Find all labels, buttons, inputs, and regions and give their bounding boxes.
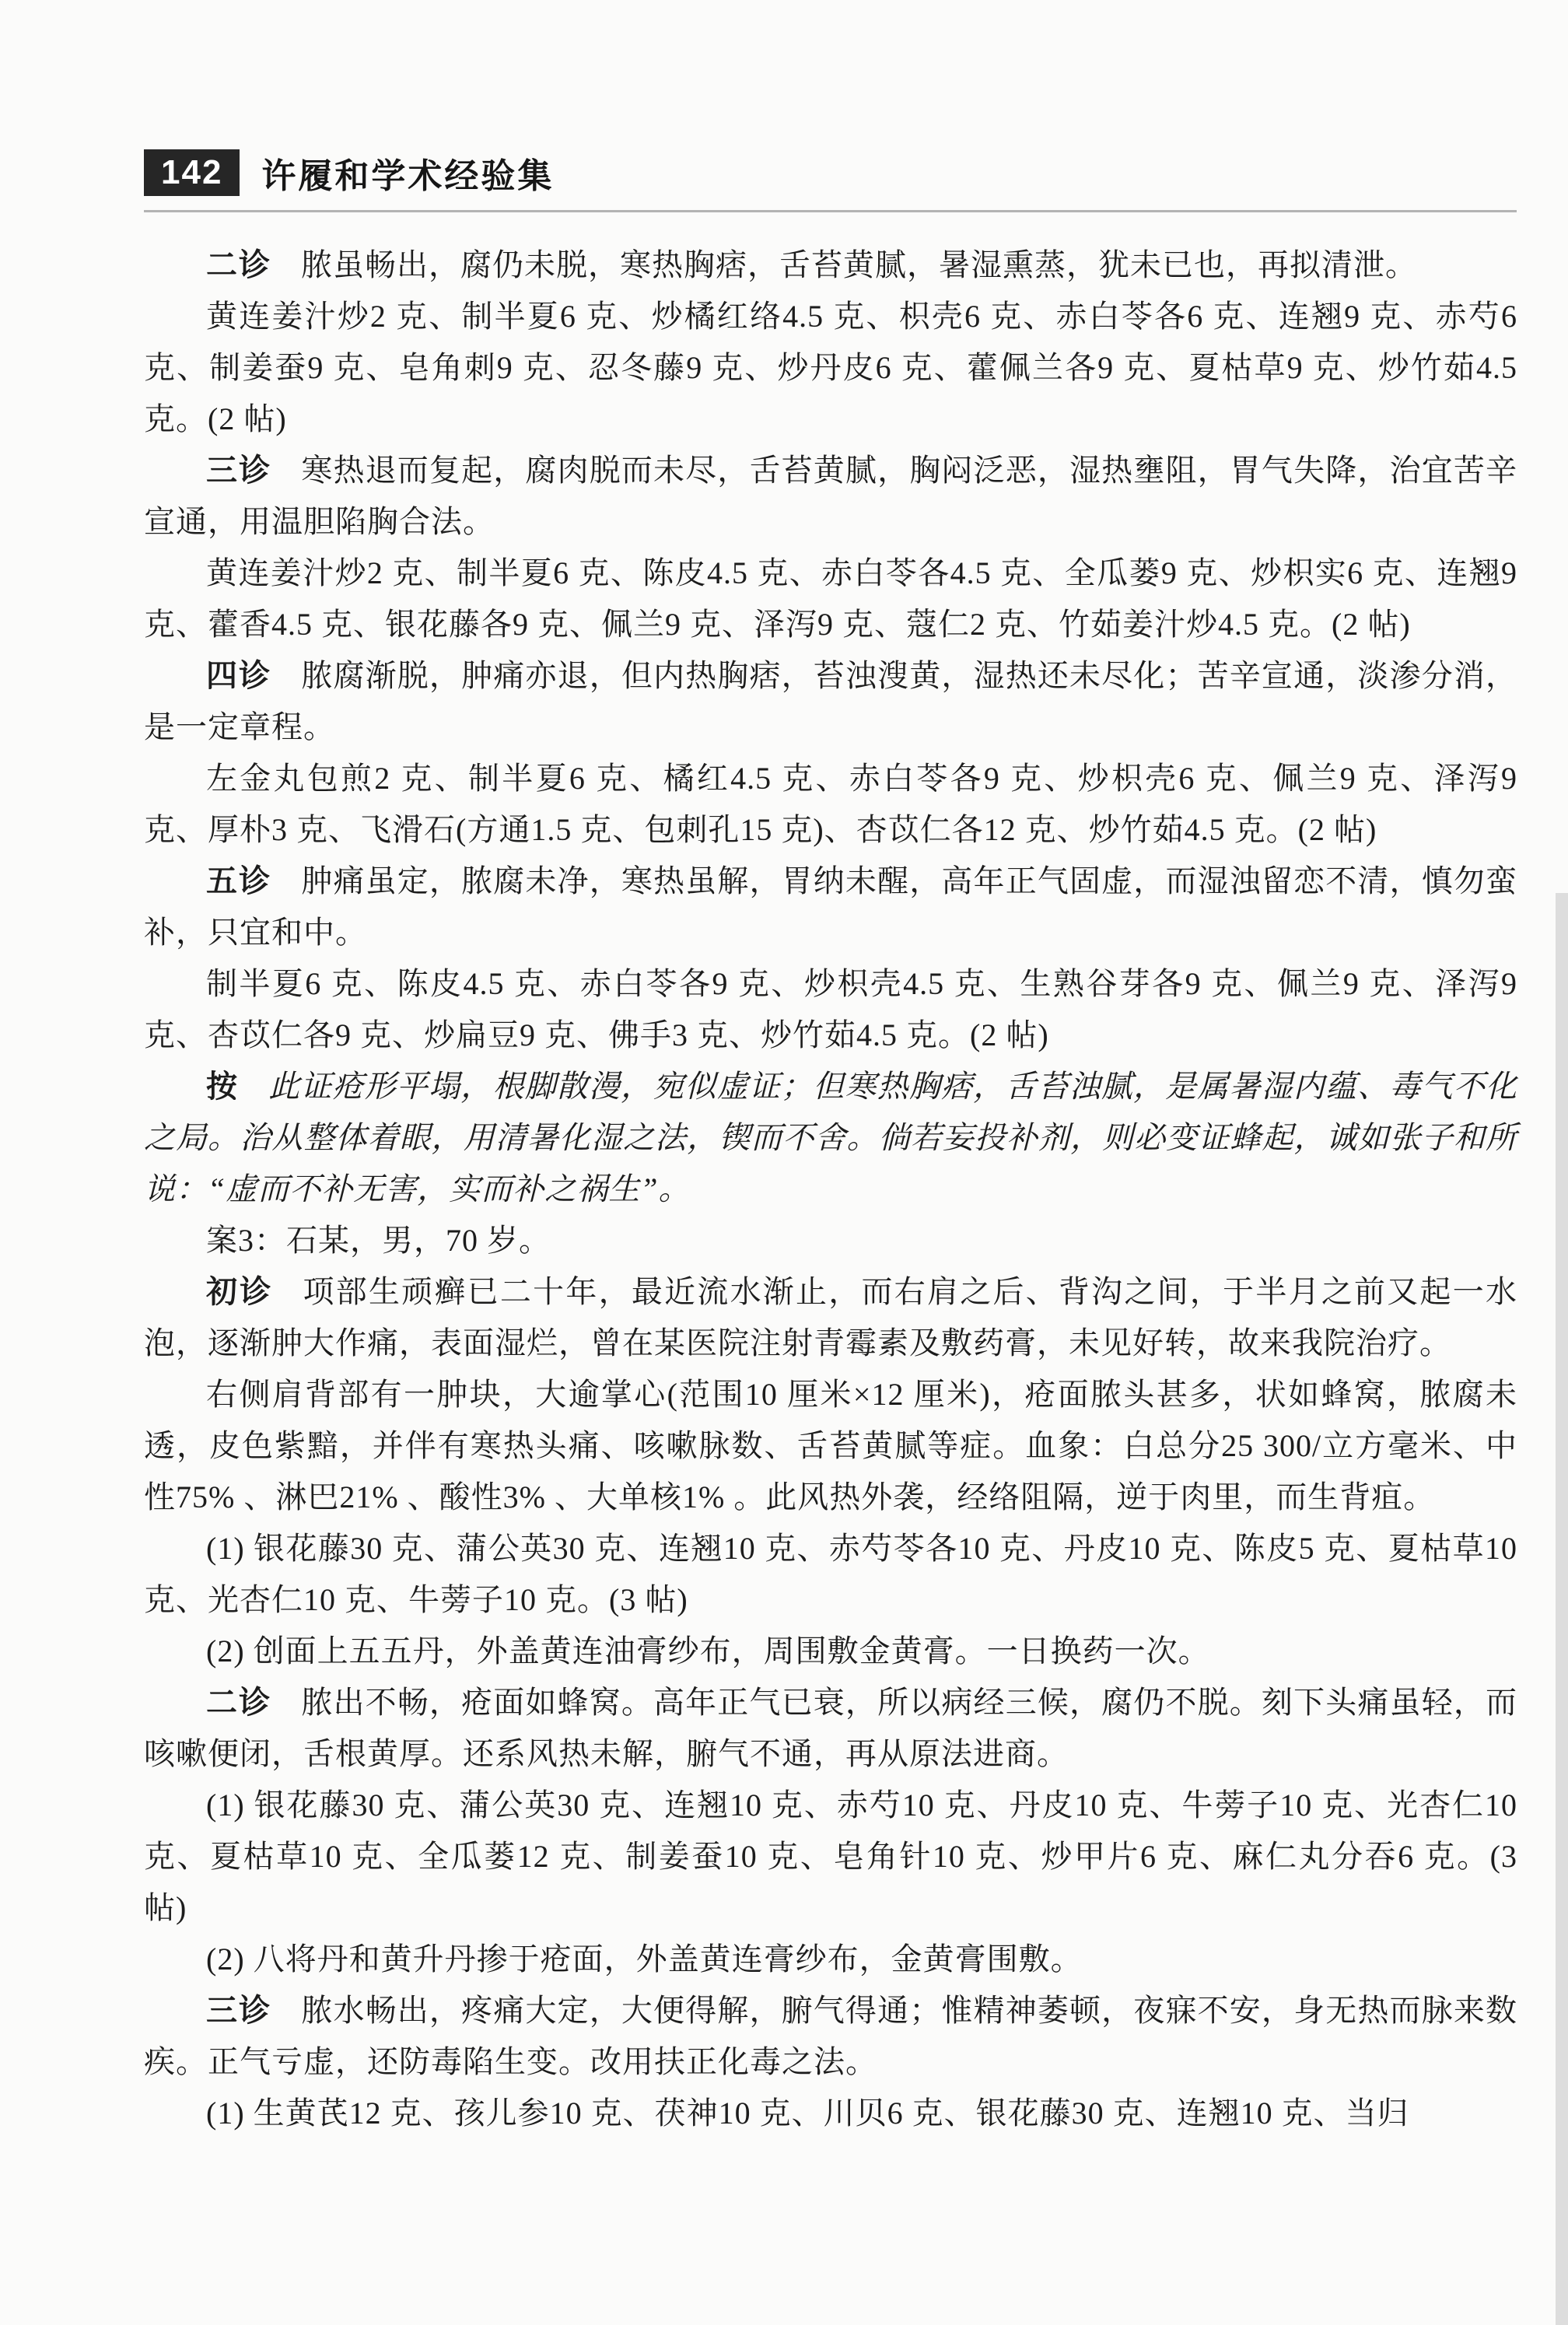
paragraph-text: 左金丸包煎2 克、制半夏6 克、橘红4.5 克、赤白苓各9 克、炒枳壳6 克、佩… [144,761,1517,847]
header-row: 142 许履和学术经验集 [144,148,1517,198]
paragraph-text: 右侧肩背部有一肿块，大逾掌心(范围10 厘米×12 厘米)，疮面脓头甚多，状如蜂… [144,1377,1517,1514]
body-paragraph: 制半夏6 克、陈皮4.5 克、赤白苓各9 克、炒枳壳4.5 克、生熟谷芽各9 克… [144,958,1517,1061]
paragraph-text: 项部生顽癣已二十年，最近流水渐止，而右肩之后、背沟之间，于半月之前又起一水泡，逐… [144,1274,1517,1360]
body-paragraph: 案3：石某，男，70 岁。 [144,1215,1517,1266]
scan-edge-shadow [1556,893,1568,2325]
paragraph-text: 黄连姜汁炒2 克、制半夏6 克、炒橘红络4.5 克、枳壳6 克、赤白苓各6 克、… [144,299,1517,436]
paragraph-text: 此证疮形平塌，根脚散漫，宛似虚证；但寒热胸痞，舌苔浊腻，是属暑湿内蕴、毒气不化之… [144,1069,1517,1206]
paragraph-lead: 二诊 [206,1685,271,1720]
page-body: 二诊脓虽畅出，腐仍未脱，寒热胸痞，舌苔黄腻，暑湿熏蒸，犹未已也，再拟清泄。黄连姜… [144,240,1517,2139]
paragraph-lead: 按 [206,1069,239,1104]
paragraph-text: (1) 生黄芪12 克、孩儿参10 克、茯神10 克、川贝6 克、银花藤30 克… [206,2096,1409,2131]
paragraph-lead: 四诊 [206,658,271,693]
body-paragraph: (1) 银花藤30 克、蒲公英30 克、连翘10 克、赤芍苓各10 克、丹皮10… [144,1523,1517,1626]
body-paragraph: (1) 银花藤30 克、蒲公英30 克、连翘10 克、赤芍10 克、丹皮10 克… [144,1780,1517,1934]
paragraph-text: 肿痛虽定，脓腐未净，寒热虽解，胃纳未醒，高年正气固虚，而湿浊留恋不清，慎勿蛮补，… [144,863,1517,950]
body-paragraph: 黄连姜汁炒2 克、制半夏6 克、陈皮4.5 克、赤白苓各4.5 克、全瓜蒌9 克… [144,548,1517,650]
paragraph-text: 脓水畅出，疼痛大定，大便得解，腑气得通；惟精神萎顿，夜寐不安，身无热而脉来数疾。… [144,1993,1517,2079]
paragraph-lead: 二诊 [206,247,271,282]
paragraph-text: 黄连姜汁炒2 克、制半夏6 克、陈皮4.5 克、赤白苓各4.5 克、全瓜蒌9 克… [144,555,1517,642]
body-paragraph: 初诊项部生顽癣已二十年，最近流水渐止，而右肩之后、背沟之间，于半月之前又起一水泡… [144,1266,1517,1369]
book-page: 142 许履和学术经验集 二诊脓虽畅出，腐仍未脱，寒热胸痞，舌苔黄腻，暑湿熏蒸，… [0,0,1568,2325]
paragraph-lead: 三诊 [206,453,271,488]
paragraph-text: 寒热退而复起，腐肉脱而未尽，舌苔黄腻，胸闷泛恶，湿热壅阻，胃气失降，治宜苦辛宣通… [144,453,1517,539]
header-rule [144,210,1517,212]
body-paragraph: (1) 生黄芪12 克、孩儿参10 克、茯神10 克、川贝6 克、银花藤30 克… [144,2088,1517,2139]
body-paragraph: (2) 创面上五五丹，外盖黄连油膏纱布，周围敷金黄膏。一日换药一次。 [144,1626,1517,1677]
body-paragraph: 三诊脓水畅出，疼痛大定，大便得解，腑气得通；惟精神萎顿，夜寐不安，身无热而脉来数… [144,1985,1517,2088]
body-paragraph: (2) 八将丹和黄升丹掺于疮面，外盖黄连膏纱布，金黄膏围敷。 [144,1934,1517,1985]
body-paragraph: 二诊脓虽畅出，腐仍未脱，寒热胸痞，舌苔黄腻，暑湿熏蒸，犹未已也，再拟清泄。 [144,240,1517,291]
body-paragraph: 右侧肩背部有一肿块，大逾掌心(范围10 厘米×12 厘米)，疮面脓头甚多，状如蜂… [144,1369,1517,1523]
body-paragraph: 四诊脓腐渐脱，肿痛亦退，但内热胸痞，苔浊溲黄，湿热还未尽化；苦辛宣通，淡渗分消，… [144,650,1517,753]
paragraph-lead: 初诊 [206,1274,273,1309]
paragraph-lead: 五诊 [206,863,271,898]
paragraph-text: (1) 银花藤30 克、蒲公英30 克、连翘10 克、赤芍苓各10 克、丹皮10… [144,1531,1517,1617]
paragraph-text: 脓出不畅，疮面如蜂窝。高年正气已衰，所以病经三候，腐仍不脱。刻下头痛虽轻，而咳嗽… [144,1685,1517,1771]
paragraph-text: (1) 银花藤30 克、蒲公英30 克、连翘10 克、赤芍10 克、丹皮10 克… [144,1788,1517,1925]
book-title: 许履和学术经验集 [261,148,554,198]
body-paragraph: 黄连姜汁炒2 克、制半夏6 克、炒橘红络4.5 克、枳壳6 克、赤白苓各6 克、… [144,291,1517,445]
paragraph-text: 制半夏6 克、陈皮4.5 克、赤白苓各9 克、炒枳壳4.5 克、生熟谷芽各9 克… [144,966,1517,1052]
paragraph-text: (2) 八将丹和黄升丹掺于疮面，外盖黄连膏纱布，金黄膏围敷。 [206,1942,1083,1977]
paragraph-text: 脓虽畅出，腐仍未脱，寒热胸痞，舌苔黄腻，暑湿熏蒸，犹未已也，再拟清泄。 [301,247,1417,282]
paragraph-text: 案3：石某，男，70 岁。 [206,1223,551,1258]
body-paragraph: 按此证疮形平塌，根脚散漫，宛似虚证；但寒热胸痞，舌苔浊腻，是属暑湿内蕴、毒气不化… [144,1061,1517,1215]
paragraph-lead: 三诊 [206,1993,271,2028]
body-paragraph: 左金丸包煎2 克、制半夏6 克、橘红4.5 克、赤白苓各9 克、炒枳壳6 克、佩… [144,753,1517,856]
body-paragraph: 二诊脓出不畅，疮面如蜂窝。高年正气已衰，所以病经三候，腐仍不脱。刻下头痛虽轻，而… [144,1677,1517,1780]
paragraph-text: (2) 创面上五五丹，外盖黄连油膏纱布，周围敷金黄膏。一日换药一次。 [206,1633,1210,1668]
paragraph-text: 脓腐渐脱，肿痛亦退，但内热胸痞，苔浊溲黄，湿热还未尽化；苦辛宣通，淡渗分消，是一… [144,658,1517,744]
body-paragraph: 五诊肿痛虽定，脓腐未净，寒热虽解，胃纳未醒，高年正气固虚，而湿浊留恋不清，慎勿蛮… [144,856,1517,958]
page-header: 142 许履和学术经验集 [144,148,1517,212]
body-paragraph: 三诊寒热退而复起，腐肉脱而未尽，舌苔黄腻，胸闷泛恶，湿热壅阻，胃气失降，治宜苦辛… [144,445,1517,548]
page-number-badge: 142 [144,149,240,196]
